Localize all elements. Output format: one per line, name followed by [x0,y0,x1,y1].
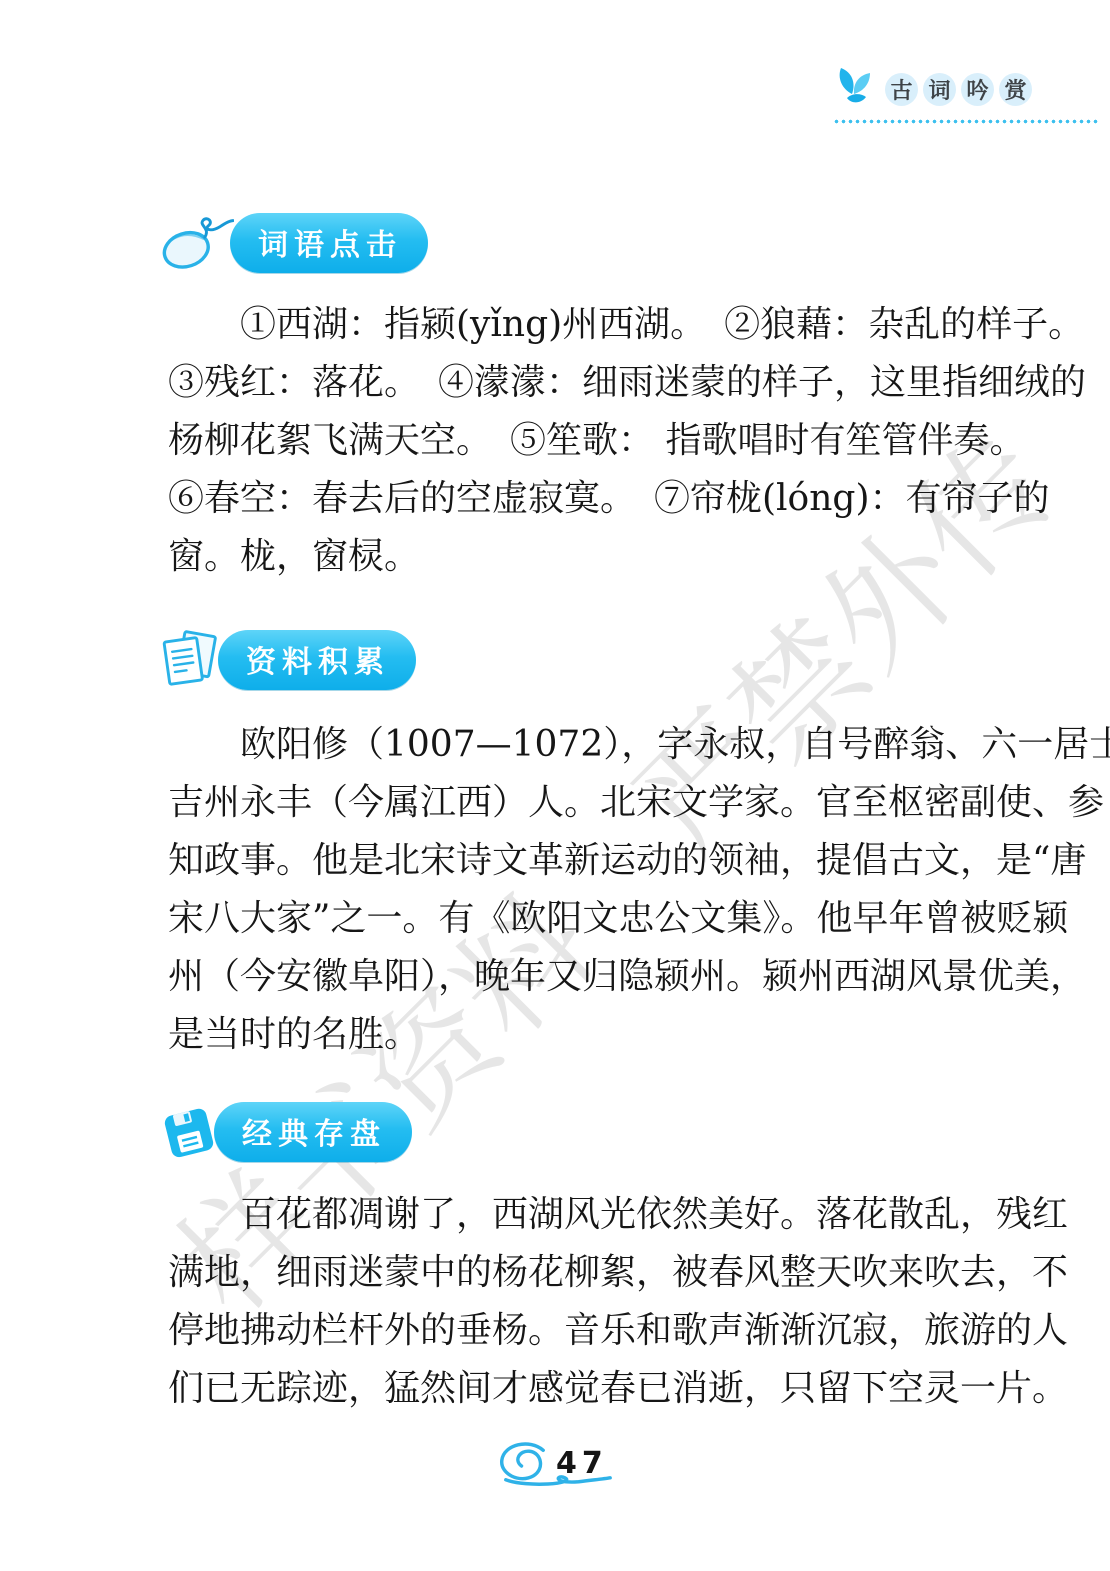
section-header-classic: 经典存盘 [160,1102,412,1162]
text-line: 知政事。他是北宋诗文革新运动的领袖，提倡古文，是“唐 [168,832,958,890]
mouse-icon [160,212,234,274]
text-line: 满地，细雨迷蒙中的杨花柳絮，被春风整天吹来吹去，不 [168,1244,958,1302]
text-line: ⑥春空：春去后的空虚寂寞。 ⑦帘栊(lóng)：有帘子的 [168,470,958,528]
section-header-material: 资料积累 [160,630,416,690]
header-dotted-rule [834,119,1098,124]
text-line: 州（今安徽阜阳），晚年又归隐颍州。颍州西湖风景优美， [168,948,958,1006]
material-paragraph: 欧阳修（1007—1072），字永叔，自号醉翁、六一居士， 吉州永丰（今属江西）… [168,716,958,1064]
word-notes-paragraph: ①西湖：指颍(yǐng)州西湖。 ②狼藉：杂乱的样子。 ③残红：落花。 ④濛濛：… [168,296,958,586]
documents-icon [160,630,222,690]
text-line: 停地拂动栏杆外的垂杨。音乐和歌声渐渐沉寂，旅游的人 [168,1302,958,1360]
section-header-word-notes: 词语点击 [160,212,428,274]
page-number: 47 [556,1446,608,1481]
text-line: 宋八大家”之一。有《欧阳文忠公文集》。他早年曾被贬颍 [168,890,958,948]
section-badge-material: 资料积累 [218,630,416,690]
brand-row: 古 词 吟 赏 [834,66,1100,112]
leaf-icon [834,66,874,112]
text-line: 杨柳花絮飞满天空。 ⑤笙歌： 指歌唱时有笙管伴奏。 [168,412,958,470]
page-header: 古 词 吟 赏 [834,66,1100,124]
text-line: ①西湖：指颍(yǐng)州西湖。 ②狼藉：杂乱的样子。 [168,296,958,354]
text-line: 欧阳修（1007—1072），字永叔，自号醉翁、六一居士， [168,716,958,774]
text-line: 窗。栊，窗棂。 [168,528,958,586]
classic-paragraph: 百花都凋谢了，西湖风光依然美好。落花散乱，残红 满地，细雨迷蒙中的杨花柳絮，被春… [168,1186,958,1418]
page-footer: 47 [492,1436,662,1500]
text-line: 是当时的名胜。 [168,1006,958,1064]
brand-char: 赏 [999,73,1032,106]
section-badge-word-notes: 词语点击 [230,213,428,273]
text-line: 百花都凋谢了，西湖风光依然美好。落花散乱，残红 [168,1186,958,1244]
brand-char: 词 [923,73,956,106]
brand-char: 吟 [961,73,994,106]
text-line: 吉州永丰（今属江西）人。北宋文学家。官至枢密副使、参 [168,774,958,832]
book-page: 样书资料 严禁外传 古 词 吟 赏 [0,0,1110,1571]
text-line: ③残红：落花。 ④濛濛：细雨迷蒙的样子，这里指细绒的 [168,354,958,412]
brand-title: 古 词 吟 赏 [880,73,1032,106]
brand-char: 古 [885,73,918,106]
floppy-icon [160,1102,218,1162]
text-line: 们已无踪迹，猛然间才感觉春已消逝，只留下空灵一片。 [168,1360,958,1418]
section-badge-classic: 经典存盘 [214,1102,412,1162]
